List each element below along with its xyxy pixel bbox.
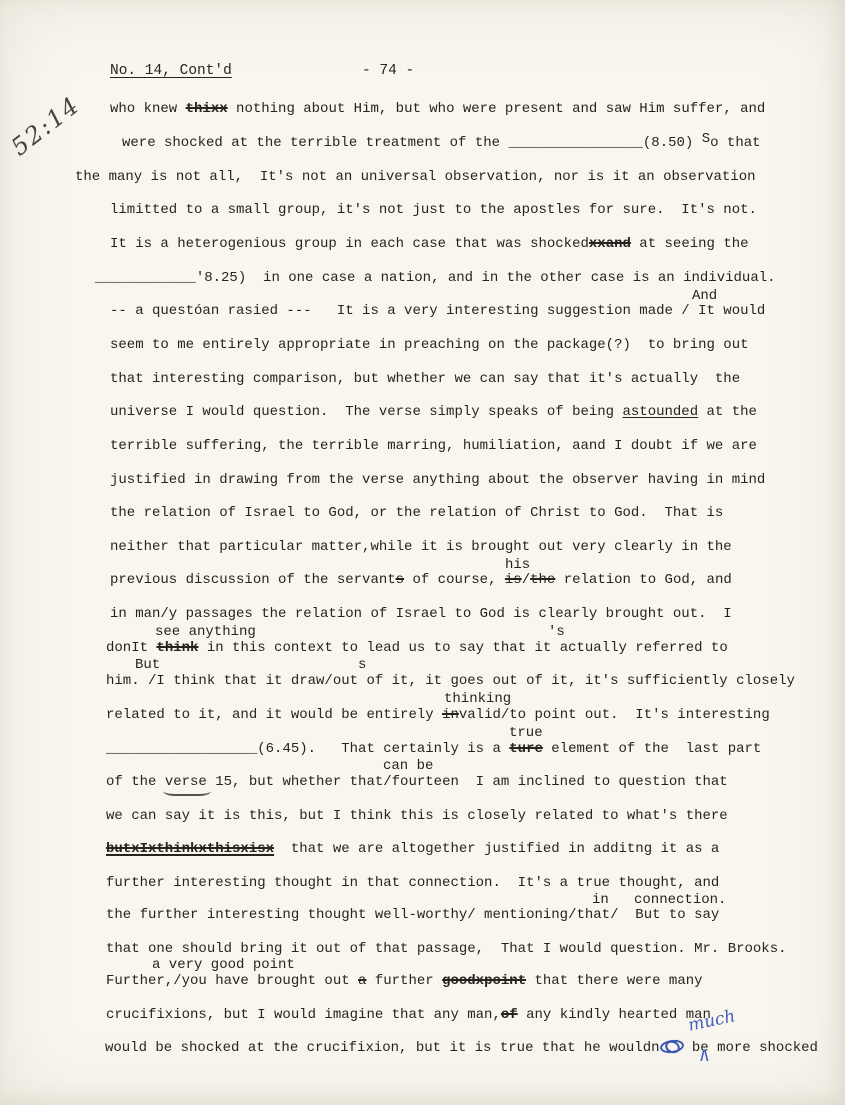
- interline-insertion: 's: [548, 624, 565, 640]
- typed-line: that interesting comparison, but whether…: [110, 371, 740, 387]
- typed-line: the relation of Israel to God, or the re…: [110, 505, 723, 521]
- typed-line: ____________'8.25) in one case a nation,…: [95, 270, 776, 286]
- typed-line: donIt think in this context to lead us t…: [106, 640, 728, 656]
- typed-line: universe I would question. The verse sim…: [110, 404, 757, 420]
- typed-line: would be shocked at the crucifixion, but…: [105, 1040, 818, 1056]
- typed-line: neither that particular matter,while it …: [110, 539, 732, 555]
- typed-line: were shocked at the terrible treatment o…: [122, 135, 761, 151]
- typed-line: the further interesting thought well-wor…: [106, 907, 719, 923]
- interline-insertion: can be: [383, 758, 433, 774]
- typed-line: who knew thixx nothing about Him, but wh…: [110, 101, 765, 117]
- typed-line: -- a questóan rasied --- It is a very in…: [110, 303, 765, 319]
- interline-insertion: And: [692, 288, 717, 304]
- typed-line: Further,/you have brought out a further …: [106, 973, 703, 989]
- typed-line: him. /I think that it draw/out of it, it…: [106, 673, 795, 689]
- typed-line: butxIxthinkxthisxisx that we are altoget…: [106, 841, 719, 857]
- insertion-caret-mark: ^: [700, 1047, 709, 1076]
- handwritten-margin-note: 52:14: [6, 91, 86, 162]
- typed-line: limitted to a small group, it's not just…: [110, 202, 757, 218]
- interline-insertion: in connection.: [592, 892, 726, 908]
- typed-line: crucifixions, but I would imagine that a…: [106, 1007, 711, 1023]
- page-number: - 74 -: [362, 63, 414, 79]
- typed-line: __________________(6.45). That certainly…: [106, 741, 761, 757]
- interline-insertion: a very good point: [152, 957, 295, 973]
- typed-line: the many is not all, It's not an univers…: [75, 169, 756, 185]
- typed-line: seem to me entirely appropriate in preac…: [110, 337, 749, 353]
- interline-insertion: true: [509, 725, 543, 741]
- typed-line: previous discussion of the servants of c…: [110, 572, 732, 588]
- typed-line: It is a heterogenious group in each case…: [110, 236, 749, 252]
- typed-line: terrible suffering, the terrible marring…: [110, 438, 757, 454]
- typed-line: of the verse 15, but whether that/fourte…: [106, 774, 728, 790]
- typed-line: we can say it is this, but I think this …: [106, 808, 728, 824]
- interline-insertion: see anything: [155, 624, 256, 640]
- interline-insertion: thinking: [444, 691, 511, 707]
- typed-line: further interesting thought in that conn…: [106, 875, 719, 891]
- typed-line: related to it, and it would be entirely …: [106, 707, 770, 723]
- ink-scribble-icon: [660, 1040, 684, 1053]
- typed-line: justified in drawing from the verse anyt…: [110, 472, 765, 488]
- document-heading: No. 14, Cont'd: [110, 63, 232, 79]
- document-page: No. 14, Cont'd - 74 - who knew thixx not…: [0, 0, 845, 1105]
- interline-insertion: his: [505, 557, 530, 573]
- typed-line: in man/y passages the relation of Israel…: [110, 606, 732, 622]
- interline-insertion: s: [358, 657, 366, 673]
- interline-insertion: But: [135, 657, 160, 673]
- typed-line: that one should bring it out of that pas…: [106, 941, 787, 957]
